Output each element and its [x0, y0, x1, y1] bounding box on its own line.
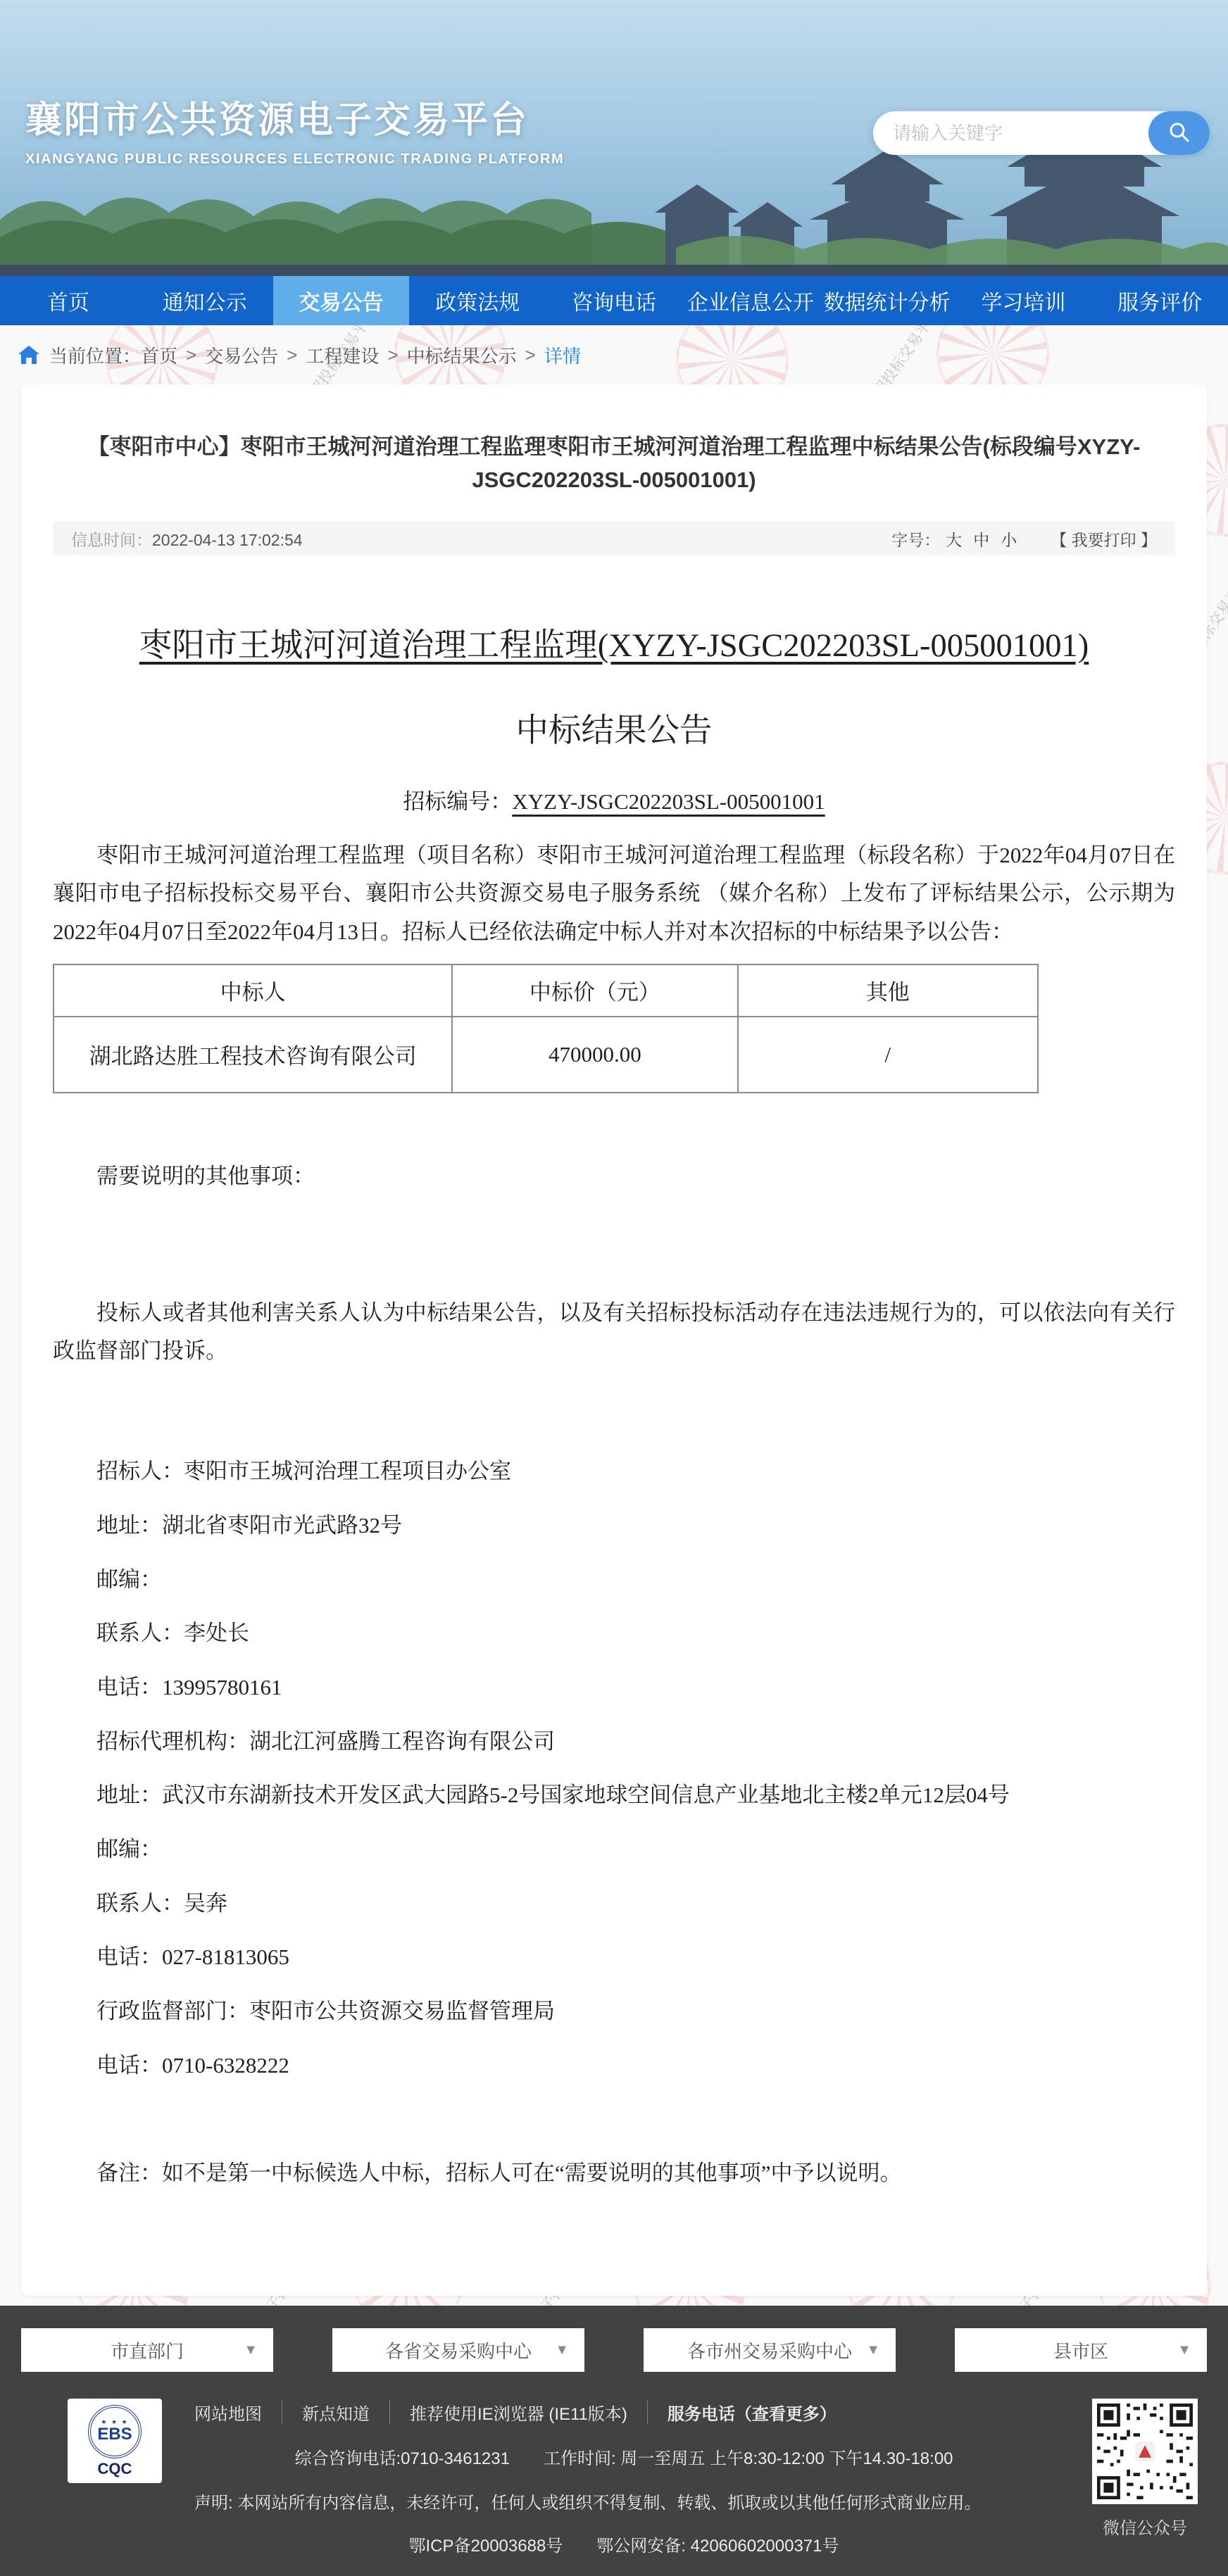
- dropdown-prefecture-centers[interactable]: 各市州交易采购中心 ▼: [644, 2328, 896, 2372]
- supervision-dept-line: 行政监督部门：枣阳市公共资源交易监督管理局: [53, 1993, 1175, 2030]
- dropdown-label: 各省交易采购中心: [385, 2337, 532, 2363]
- search-bar: [873, 111, 1210, 155]
- footer-icp-line: 鄂ICP备20003688号 鄂公网安备: 42060602000371号: [194, 2532, 1053, 2576]
- breadcrumb-separator: >: [287, 344, 297, 366]
- ebs-cqc-certification-logo: ★ ★ ★ EBS CQC: [68, 2399, 162, 2483]
- col-winner: 中标人: [54, 965, 452, 1017]
- main-nav: 首页 通知公示 交易公告 政策法规 咨询电话 企业信息公开 数据统计分析 学习培…: [0, 276, 1228, 325]
- tenderer-address-line: 地址：湖北省枣阳市光武路32号: [53, 1507, 1175, 1545]
- nav-item-notices[interactable]: 通知公示: [137, 276, 273, 325]
- search-button[interactable]: [1148, 111, 1210, 155]
- footer: 市直部门 ▼ 各省交易采购中心 ▼ 各市州交易采购中心 ▼ 县市区 ▼ ★ ★ …: [0, 2306, 1228, 2576]
- award-result-table: 中标人 中标价（元） 其他 湖北路达胜工程技术咨询有限公司 470000.00 …: [53, 964, 1039, 1093]
- dropdown-county-districts[interactable]: 县市区 ▼: [955, 2328, 1207, 2372]
- breadcrumb-home[interactable]: 首页: [141, 342, 177, 368]
- fontsize-medium-button[interactable]: 中: [973, 527, 989, 551]
- breadcrumb-engineering[interactable]: 工程建设: [306, 342, 379, 368]
- tenderer-phone-line: 电话：13995780161: [53, 1669, 1175, 1707]
- tenderer-line: 招标人：枣阳市王城河治理工程项目办公室: [53, 1453, 1175, 1490]
- project-heading: 枣阳市王城河河道治理工程监理(XYZY-JSGC202203SL-0050010…: [53, 619, 1175, 666]
- agency-phone-line: 电话：027-81813065: [53, 1939, 1175, 1976]
- meta-bar: 信息时间：2022-04-13 17:02:54 字号： 大 中 小 【 我要打…: [53, 522, 1175, 555]
- wechat-qr-label: 微信公众号: [1086, 2514, 1204, 2539]
- home-icon: [18, 345, 39, 365]
- info-time-value: 2022-04-13 17:02:54: [152, 531, 303, 549]
- bid-number-line: 招标编号：XYZY-JSGC202203SL-005001001: [53, 784, 1175, 815]
- wechat-qr-block: 微信公众号: [1086, 2399, 1204, 2539]
- announcement-body: 枣阳市王城河河道治理工程监理(XYZY-JSGC202203SL-0050010…: [53, 619, 1175, 2187]
- footer-link-service-phone[interactable]: 服务电话（查看更多）: [648, 2400, 856, 2425]
- fontsize-small-button[interactable]: 小: [1001, 527, 1017, 551]
- hero-banner: 襄阳市公共资源电子交易平台 XIANGYANG PUBLIC RESOURCES…: [0, 0, 1228, 276]
- main-area: 电子招投标交易平台 电子招投标交易平台 电子招投标交易平台 电子招投标交易平台 …: [0, 325, 1228, 2306]
- site-subtitle: XIANGYANG PUBLIC RESOURCES ELECTRONIC TR…: [25, 151, 564, 168]
- breadcrumb-trade-announcements[interactable]: 交易公告: [205, 342, 278, 368]
- col-other: 其他: [738, 965, 1038, 1017]
- nav-item-training[interactable]: 学习培训: [955, 276, 1091, 325]
- result-notice-heading: 中标结果公告: [53, 704, 1175, 751]
- breadcrumb-separator: >: [186, 344, 196, 366]
- chevron-down-icon: ▼: [866, 2342, 880, 2358]
- dropdown-label: 各市州交易采购中心: [687, 2337, 852, 2363]
- search-input[interactable]: [873, 111, 1148, 155]
- announcement-title: 【枣阳市中心】枣阳市王城河河道治理工程监理枣阳市王城河河道治理工程监理中标结果公…: [53, 431, 1175, 496]
- col-price: 中标价（元）: [452, 965, 737, 1017]
- agency-address-line: 地址：武汉市东湖新技术开发区武大园路5-2号国家地球空间信息产业基地北主楼2单元…: [53, 1777, 1175, 1814]
- page: 襄阳市公共资源电子交易平台 XIANGYANG PUBLIC RESOURCES…: [0, 0, 1228, 2576]
- tenderer-postcode-line: 邮编：: [53, 1562, 1175, 1599]
- cqc-logo-text: CQC: [98, 2461, 132, 2477]
- wechat-qr-code: [1092, 2399, 1198, 2504]
- supervision-phone-line: 电话：0710-6328222: [53, 2047, 1175, 2085]
- footer-statement: 声明: 本网站所有内容信息，未经许可，任何人或组织不得复制、转载、抓取或以其他任…: [194, 2489, 1053, 2513]
- fontsize-label: 字号：: [891, 527, 940, 551]
- complaint-paragraph: 投标人或者其他利害关系人认为中标结果公告，以及有关招标投标活动存在违法违规行为的…: [53, 1294, 1175, 1371]
- footer-main: ★ ★ ★ EBS CQC 网站地图 新点知道 推荐使用IE浏览器 (IE11版…: [0, 2380, 1228, 2576]
- breadcrumb-separator: >: [525, 344, 536, 366]
- footer-link-xindian-knows[interactable]: 新点知道: [282, 2400, 390, 2425]
- footer-links-row: 网站地图 新点知道 推荐使用IE浏览器 (IE11版本) 服务电话（查看更多）: [194, 2400, 1053, 2425]
- nav-item-policies[interactable]: 政策法规: [409, 276, 546, 325]
- agency-postcode-line: 邮编：: [53, 1831, 1175, 1868]
- chevron-down-icon: ▼: [555, 2342, 569, 2358]
- nav-item-enterprise-info[interactable]: 企业信息公开: [682, 276, 819, 325]
- dropdown-city-departments[interactable]: 市直部门 ▼: [21, 2328, 273, 2372]
- breadcrumb-prefix: 当前位置：: [49, 342, 141, 368]
- meta-controls: 字号： 大 中 小 【 我要打印 】: [891, 527, 1157, 551]
- breadcrumb-separator: >: [387, 344, 398, 366]
- winning-price: 470000.00: [452, 1017, 737, 1093]
- search-icon: [1167, 120, 1191, 146]
- agency-line: 招标代理机构：湖北江河盛腾工程咨询有限公司: [53, 1723, 1175, 1761]
- tenderer-contact-line: 联系人：李处长: [53, 1615, 1175, 1652]
- contact-block: 招标人：枣阳市王城河治理工程项目办公室 地址：湖北省枣阳市光武路32号 邮编： …: [53, 1453, 1175, 2084]
- bid-number-value: XYZY-JSGC202203SL-005001001: [512, 789, 825, 814]
- breadcrumb-current-detail: 详情: [544, 342, 581, 368]
- print-button[interactable]: 【 我要打印 】: [1051, 527, 1157, 551]
- footer-consult-line: 综合咨询电话:0710-3461231 工作时间: 周一至周五 上午8:30-1…: [194, 2444, 1053, 2469]
- dropdown-label: 县市区: [1053, 2337, 1108, 2363]
- nav-item-consult-phone[interactable]: 咨询电话: [546, 276, 682, 325]
- site-brand: 襄阳市公共资源电子交易平台 XIANGYANG PUBLIC RESOURCES…: [25, 90, 564, 168]
- breadcrumb-result-publicity[interactable]: 中标结果公示: [407, 342, 517, 368]
- footer-text-column: 网站地图 新点知道 推荐使用IE浏览器 (IE11版本) 服务电话（查看更多） …: [162, 2399, 1086, 2576]
- breadcrumb: 当前位置： 首页 > 交易公告 > 工程建设 > 中标结果公示 > 详情: [0, 325, 1228, 384]
- winner-name: 湖北路达胜工程技术咨询有限公司: [54, 1017, 452, 1093]
- intro-paragraph: 枣阳市王城河河道治理工程监理（项目名称）枣阳市王城河河道治理工程监理（标段名称）…: [53, 836, 1175, 951]
- nav-item-home[interactable]: 首页: [0, 276, 137, 325]
- dropdown-provincial-centers[interactable]: 各省交易采购中心 ▼: [332, 2328, 584, 2372]
- chevron-down-icon: ▼: [244, 2342, 258, 2358]
- footer-link-sitemap[interactable]: 网站地图: [194, 2400, 282, 2425]
- bid-number-label: 招标编号：: [403, 789, 512, 814]
- ebs-logo-text: EBS: [97, 2425, 132, 2444]
- nav-item-trade-announcements[interactable]: 交易公告: [273, 276, 410, 325]
- footer-link-ie-recommendation: 推荐使用IE浏览器 (IE11版本): [390, 2400, 648, 2425]
- ebs-logo-circle: ★ ★ ★ EBS: [88, 2405, 142, 2458]
- site-title: 襄阳市公共资源电子交易平台: [25, 90, 564, 143]
- info-time-label: 信息时间：: [71, 531, 152, 549]
- nav-item-data-statistics[interactable]: 数据统计分析: [819, 276, 956, 325]
- other-value: /: [738, 1017, 1038, 1093]
- chevron-down-icon: ▼: [1177, 2342, 1191, 2358]
- nav-item-service-evaluation[interactable]: 服务评价: [1091, 276, 1228, 325]
- dropdown-label: 市直部门: [111, 2337, 184, 2363]
- content-card: 【枣阳市中心】枣阳市王城河河道治理工程监理枣阳市王城河河道治理工程监理中标结果公…: [21, 384, 1207, 2296]
- info-time: 信息时间：2022-04-13 17:02:54: [71, 527, 303, 551]
- fontsize-large-button[interactable]: 大: [946, 527, 962, 551]
- footer-dropdown-row: 市直部门 ▼ 各省交易采购中心 ▼ 各市州交易采购中心 ▼ 县市区 ▼: [0, 2318, 1228, 2380]
- remark-note: 备注：如不是第一中标候选人中标，招标人可在“需要说明的其他事项”中予以说明。: [53, 2155, 1175, 2187]
- other-matters-label: 需要说明的其他事项：: [53, 1158, 1175, 1190]
- table-row: 湖北路达胜工程技术咨询有限公司 470000.00 /: [54, 1017, 1038, 1093]
- agency-contact-line: 联系人：吴奔: [53, 1885, 1175, 1923]
- qr-code-image: [1097, 2404, 1193, 2499]
- table-header-row: 中标人 中标价（元） 其他: [54, 965, 1038, 1017]
